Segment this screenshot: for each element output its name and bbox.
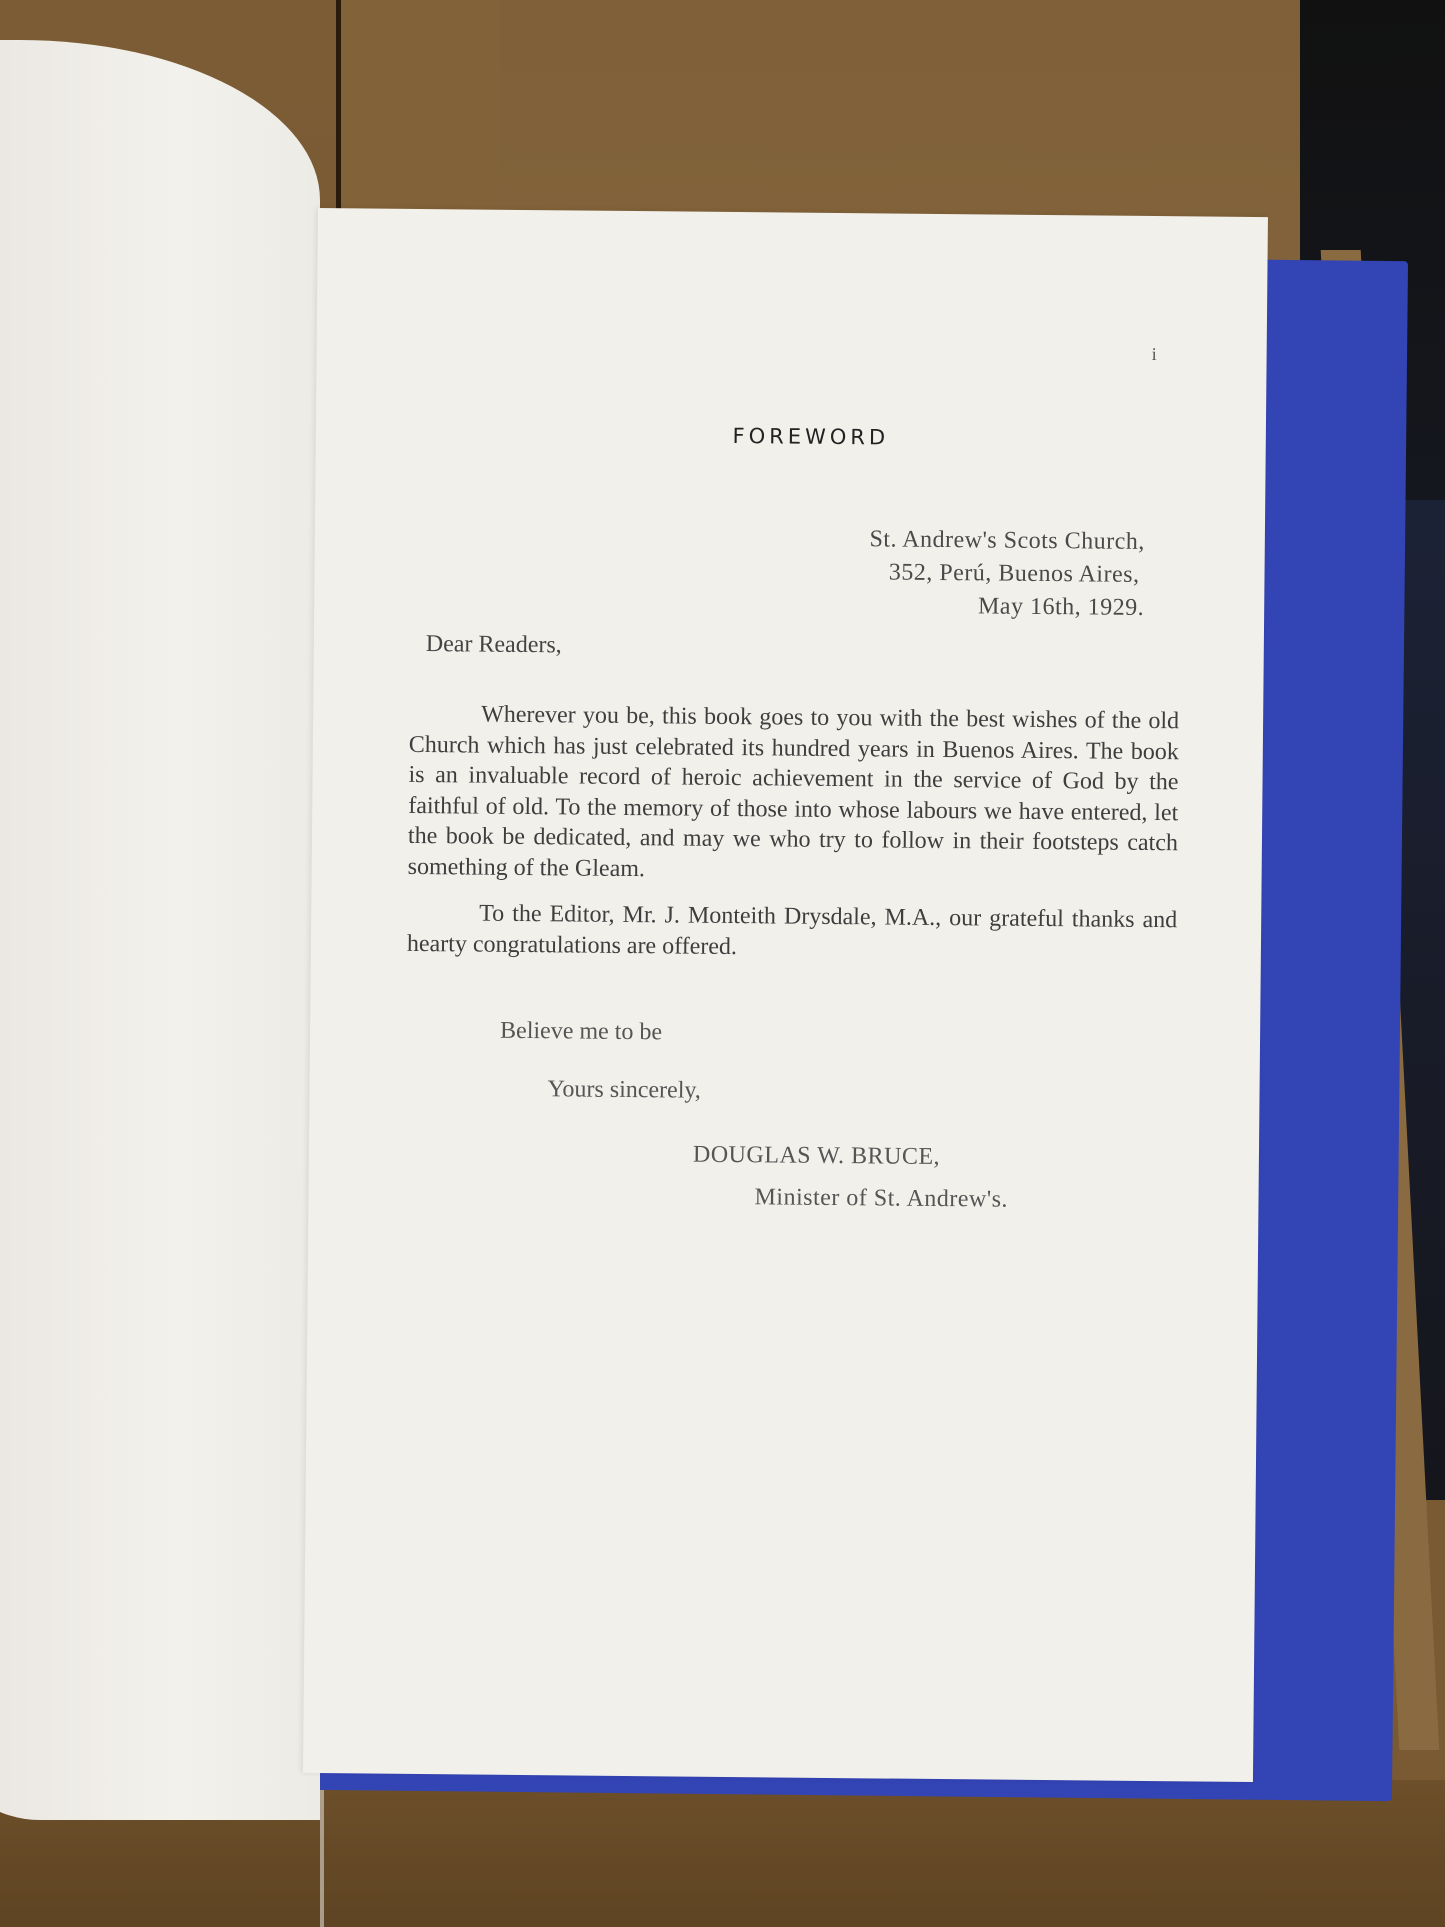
address-date: May 16th, 1929. — [869, 589, 1145, 625]
salutation: Dear Readers, — [426, 631, 562, 659]
closing-believe: Believe me to be — [500, 1018, 662, 1047]
closing-sincerely: Yours sincerely, — [547, 1076, 701, 1104]
paragraph-thanks: To the Editor, Mr. J. Monteith Drysdale,… — [407, 898, 1178, 966]
letter-body: Wherever you be, this book goes to you w… — [407, 699, 1180, 982]
address-block: St. Andrew's Scots Church, 352, Perú, Bu… — [869, 523, 1145, 625]
book-page: i FOREWORD St. Andrew's Scots Church, 35… — [303, 208, 1268, 1782]
page-title: FOREWORD — [316, 420, 1266, 453]
address-line-church: St. Andrew's Scots Church, — [869, 523, 1145, 559]
page-number: i — [1152, 344, 1157, 365]
paragraph-dedication: Wherever you be, this book goes to you w… — [408, 699, 1180, 889]
tape-strip — [320, 1790, 324, 1927]
signature-name: DOUGLAS W. BRUCE, — [693, 1142, 940, 1171]
signature-role: Minister of St. Andrew's. — [754, 1184, 1008, 1213]
address-line-street: 352, Perú, Buenos Aires, — [869, 556, 1140, 592]
left-page-curl — [0, 40, 320, 1820]
